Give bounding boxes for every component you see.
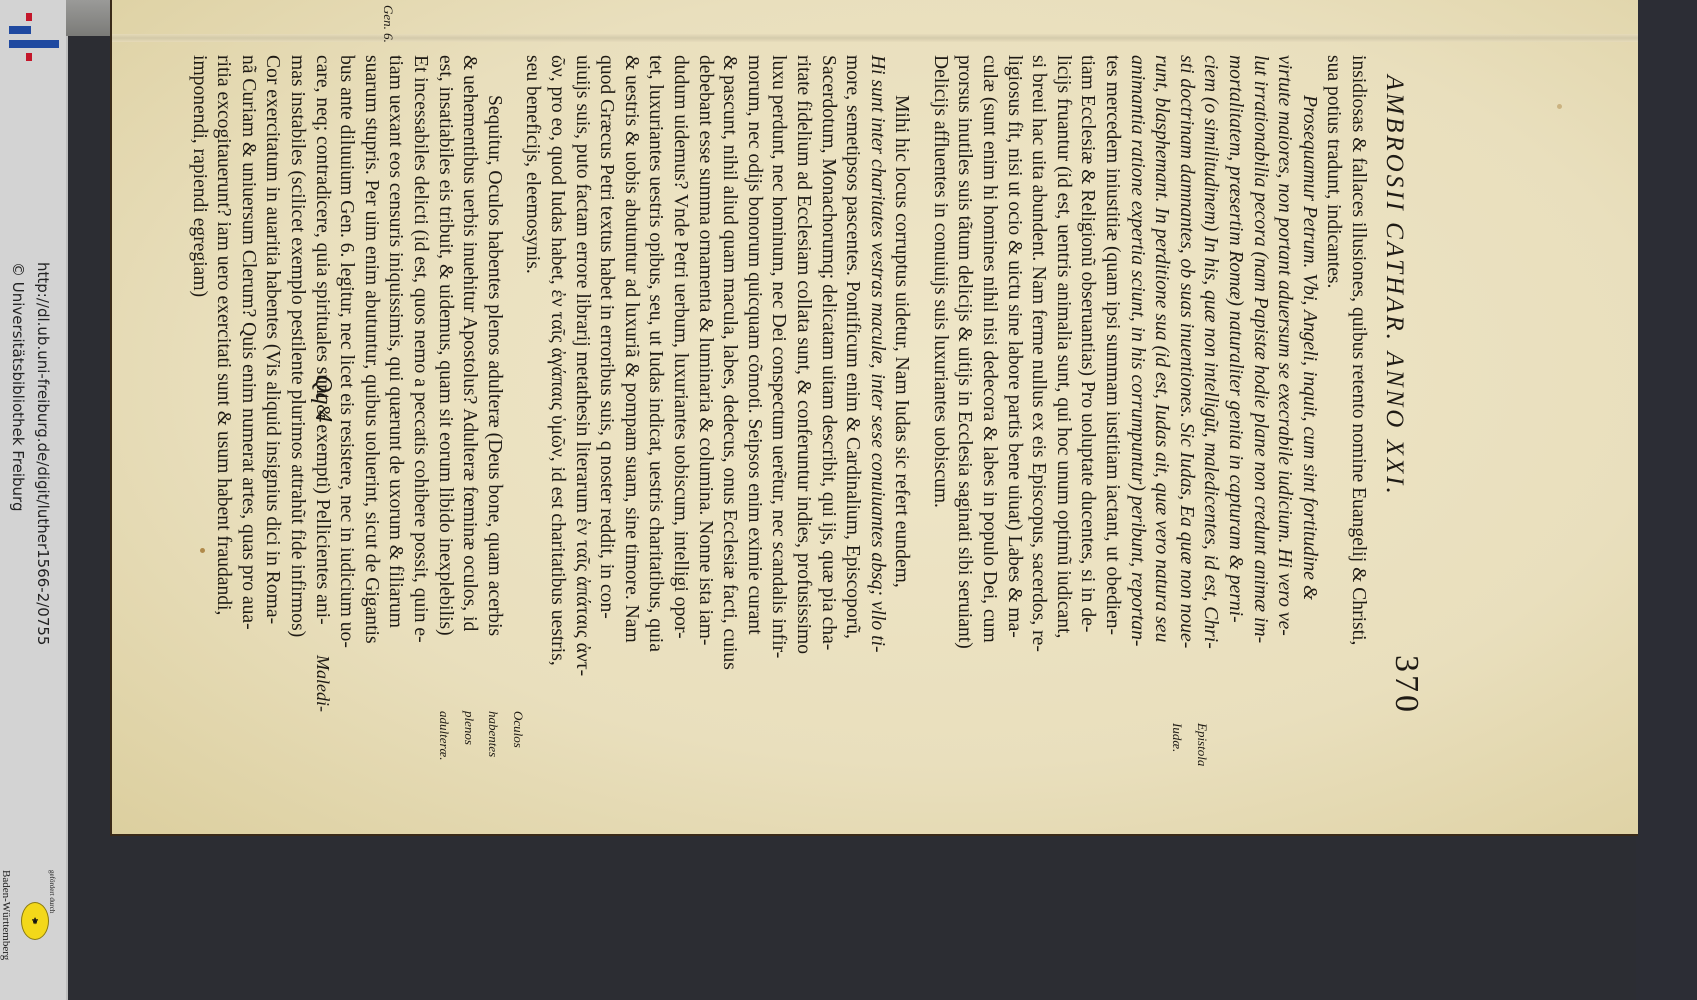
scan-background-right: [1636, 0, 1697, 1000]
text-line: Sequitur, Oculos habentes plenos adulter…: [481, 55, 506, 755]
text-line: seu beneficijs, eleemosynis.: [520, 55, 545, 755]
text-line: tiam Ecclesiæ & Religionũ obseruantias) …: [1075, 55, 1100, 755]
printer-signature: Qq 4: [310, 375, 335, 422]
text-line: Cor exercitatum in auaritia habentes (Vi…: [260, 55, 285, 755]
text-line: runt, blasphemant. In perditione sua (id…: [1149, 55, 1174, 755]
text-line: Et incessabiles delicti (id est, quos ne…: [407, 55, 432, 755]
text-line: [506, 55, 520, 755]
text-line: virtute maiores, non portant aduersum se…: [1272, 55, 1297, 755]
text-line: Mihi hic locus corruptus uidetur, Nam Iu…: [889, 55, 914, 755]
margin-note: Gen. 6.: [375, 5, 400, 43]
text-line: tet, luxuriantes uestris opibus, seu, ut…: [643, 55, 668, 755]
text-line: imponendi, rapiendi egregiam): [186, 55, 211, 755]
funded-by-label: gefördert durch: [48, 870, 56, 913]
margin-note: Epistola Iudæ.: [1165, 723, 1214, 783]
text-line: lut irrationabilia pecora (nam Papistæ h…: [1247, 55, 1272, 755]
ub-freiburg-logo-icon[interactable]: [6, 10, 60, 60]
text-line: mas instabiles (scilicet exemplo pestile…: [284, 55, 309, 755]
text-line: & pascunt, nihil aliud quam macula, labe…: [717, 55, 742, 755]
text-line: licijs fruantur (id est, uentris animali…: [1050, 55, 1075, 755]
text-line: dudum uidemus? Vnde Petri uerbum, luxuri…: [667, 55, 692, 755]
paper-stain: [1557, 104, 1562, 109]
text-line: Hi sunt inter charitates vestras maculæ,…: [864, 55, 889, 755]
text-line: Delicijs affluentes in conuiuijs suis lu…: [927, 55, 952, 755]
text-line: animantia ratione expertia sciunt, in hi…: [1124, 55, 1149, 755]
text-line: ῶν, pro eo, quod Iudas habet, ἐν ταῖς ἀγ…: [544, 55, 569, 755]
text-line: ritate fidelium ad Ecclesiam collata sun…: [790, 55, 815, 755]
text-line: tes mercedem iniustitiæ (quam ipsi summa…: [1099, 55, 1124, 755]
text-line: Sacerdotum, Monachorumq; delicatam uitam…: [815, 55, 840, 755]
catchword: Maledi-: [310, 655, 335, 712]
permalink-url[interactable]: http://dl.ub.uni-freiburg.de/digit/luthe…: [34, 262, 52, 645]
text-line: morum, nec odijs bonorum quicquam cõmoti…: [741, 55, 766, 755]
running-head: AMBROSII CATHAR. ANNO XXI. 370: [1370, 55, 1410, 755]
text-line: Prosequamur Petrum. Vbi, Angeli, inquit,…: [1296, 55, 1321, 755]
rotated-page-text: AMBROSII CATHAR. ANNO XXI. 370 insidiosa…: [320, 55, 1410, 755]
text-line: insidiosas & fallaces illusiones, quibus…: [1345, 55, 1370, 755]
text-line: sti doctrinam damnantes, ob suas inuenti…: [1173, 55, 1198, 755]
text-line: & uehementibus uerbis inuehitur Apostolu…: [457, 55, 482, 755]
text-line: ciem (o similitudinem) In his, quæ non i…: [1198, 55, 1223, 755]
text-line: luxu perdunt, nec hominum, nec Dei consp…: [766, 55, 791, 755]
text-line: prorsus inutiles suis tãtum delicijs & u…: [952, 55, 977, 755]
viewer-sidebar: http://dl.ub.uni-freiburg.de/digit/luthe…: [0, 0, 68, 1000]
text-line: quod Græcus Petri textus habet in errori…: [594, 55, 619, 755]
text-line: & uestris & uobis abutuntur ad luxuriã &…: [618, 55, 643, 755]
text-line: ligiosus fit, nisi ut ocio & uictu sine …: [1001, 55, 1026, 755]
text-line: mortalitatem, præsertim Romæ) naturalite…: [1222, 55, 1247, 755]
text-line: ritia excogitauerunt? iam uero exercitat…: [211, 55, 236, 755]
running-head-title: AMBROSII CATHAR. ANNO XXI.: [1381, 75, 1406, 497]
funder-name: Baden-Württemberg: [0, 870, 12, 960]
text-line: debebant esse summa ornamenta & luminari…: [692, 55, 717, 755]
text-line: suarum stupris. Per uim enim abutuntur, …: [358, 55, 383, 755]
baden-wuerttemberg-crest-icon: ⚜: [21, 902, 49, 940]
copyright-notice: © Universitätsbibliothek Freiburg: [9, 262, 27, 511]
text-line: uiuijs suis, puto factam errore librarij…: [569, 55, 594, 755]
text-line: culæ (sunt enim hi homines nihil nisi de…: [977, 55, 1002, 755]
text-line: more, semetipsos pascentes. Pontificum e…: [840, 55, 865, 755]
text-line: si breui hac uita abundent. Nam ferme nu…: [1026, 55, 1051, 755]
text-line: bus ante diluuium Gen. 6. legitur, nec l…: [334, 55, 359, 755]
page-number: 370: [1393, 655, 1418, 715]
body-text: insidiosas & fallaces illusiones, quibus…: [186, 55, 1370, 755]
text-line: tiam uexant eos censuris iniquissimis, q…: [383, 55, 408, 755]
page-fold-shadow: [112, 34, 1638, 42]
text-line: nã Curiam & uniuersum Clerum? Quis enim …: [235, 55, 260, 755]
margin-note: Oculos habentes plenos adulteræ.: [432, 711, 530, 781]
text-line: est, insatiabiles eis tribuit, & uidemus…: [432, 55, 457, 755]
text-line: [913, 55, 927, 755]
text-line: sua potius tradunt, indicantes.: [1321, 55, 1346, 755]
